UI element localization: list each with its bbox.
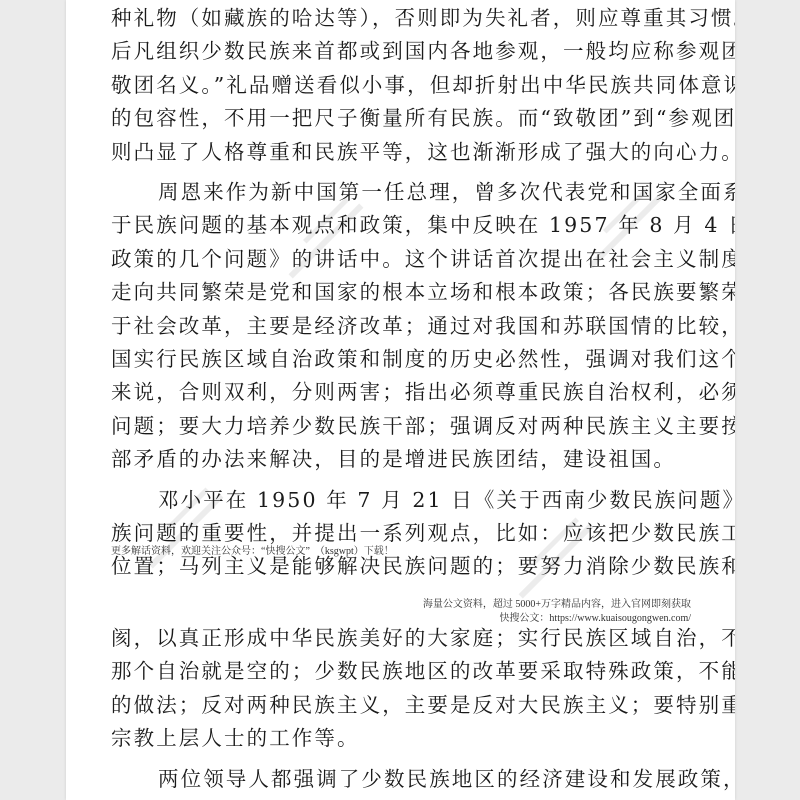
text-line: 那个自治就是空的；少数民族地区的改革要采取特殊政策，不能照搬汉族地区 bbox=[111, 655, 693, 688]
text-line: 问题；要大力培养少数民族干部；强调反对两种民族主义主要按照处理人民内 bbox=[111, 410, 693, 443]
text-line: 的包容性，不用一把尺子衡量所有民族。而“致敬团”到“参观团”的改变， bbox=[111, 102, 693, 135]
document-viewer[interactable]: 种礼物（如藏族的哈达等），否则即为失礼者，则应尊重其习惯。并规定：“今后凡组织少… bbox=[0, 0, 800, 800]
text-line: 周恩来作为新中国第一任总理，曾多次代表党和国家全面系统地阐述了关 bbox=[111, 176, 693, 209]
text-line: 于民族问题的基本观点和政策，集中反映在 1957 年 8 月 4 日《关于我国民… bbox=[111, 209, 693, 242]
text-line: 的做法；反对两种民族主义，主要是反对大民族主义；要特别重视对少数民族、 bbox=[111, 689, 693, 722]
text-line: 部矛盾的办法来解决，目的是增进民族团结，建设祖国。 bbox=[111, 443, 693, 476]
text-line: 政策的几个问题》的讲话中。这个讲话首次提出在社会主义制度下，使各民族 bbox=[111, 243, 693, 276]
text-line: 两位领导人都强调了少数民族地区的经济建设和发展政策，没有面向落后 bbox=[111, 763, 693, 796]
text-line: 于社会改革，主要是经济改革；通过对我国和苏联国情的比较，详尽阐明了中 bbox=[111, 310, 693, 343]
text-line: 则凸显了人格尊重和民族平等，这也渐渐形成了强大的向心力。 bbox=[111, 136, 693, 169]
text-line: 邓小平在 1950 年 7 月 21 日《关于西南少数民族问题》的讲话中强调了民 bbox=[111, 484, 693, 517]
text-line: 种礼物（如藏族的哈达等），否则即为失礼者，则应尊重其习惯。并规定：“今 bbox=[111, 2, 693, 35]
text-line: 阂，以真正形成中华民族美好的大家庭；实行民族区域自治，不把经济搞好， bbox=[111, 622, 693, 655]
text-line: 走向共同繁荣是党和国家的根本立场和根本政策；各民族要繁荣起来，关键在 bbox=[111, 276, 693, 309]
document-page: 种礼物（如藏族的哈达等），否则即为失礼者，则应尊重其习惯。并规定：“今后凡组织少… bbox=[66, 0, 735, 800]
text-line: 后凡组织少数民族来首都或到国内各地参观，一般均应称参观团，不再采用致 bbox=[111, 35, 693, 68]
page-footer-note: 更多解话资料，欢迎关注公众号：“快搜公文” （ksgwpt）下载！ bbox=[111, 542, 394, 557]
text-line: 国实行民族区域自治政策和制度的历史必然性，强调对我们这个多民族的国家 bbox=[111, 343, 693, 376]
text-line: 敬团名义。”礼品赠送看似小事，但却折射出中华民族共同体意识中具有很强 bbox=[111, 69, 693, 102]
ad-line-1: 海量公文资料，超过 5000+万字精品内容，进入官网即刻获取 bbox=[423, 598, 691, 612]
text-line: 来说，合则双利，分则两害；指出必须尊重民族自治权利，必须重视民族化的 bbox=[111, 376, 693, 409]
text-line: 宗教上层人士的工作等。 bbox=[111, 722, 693, 755]
